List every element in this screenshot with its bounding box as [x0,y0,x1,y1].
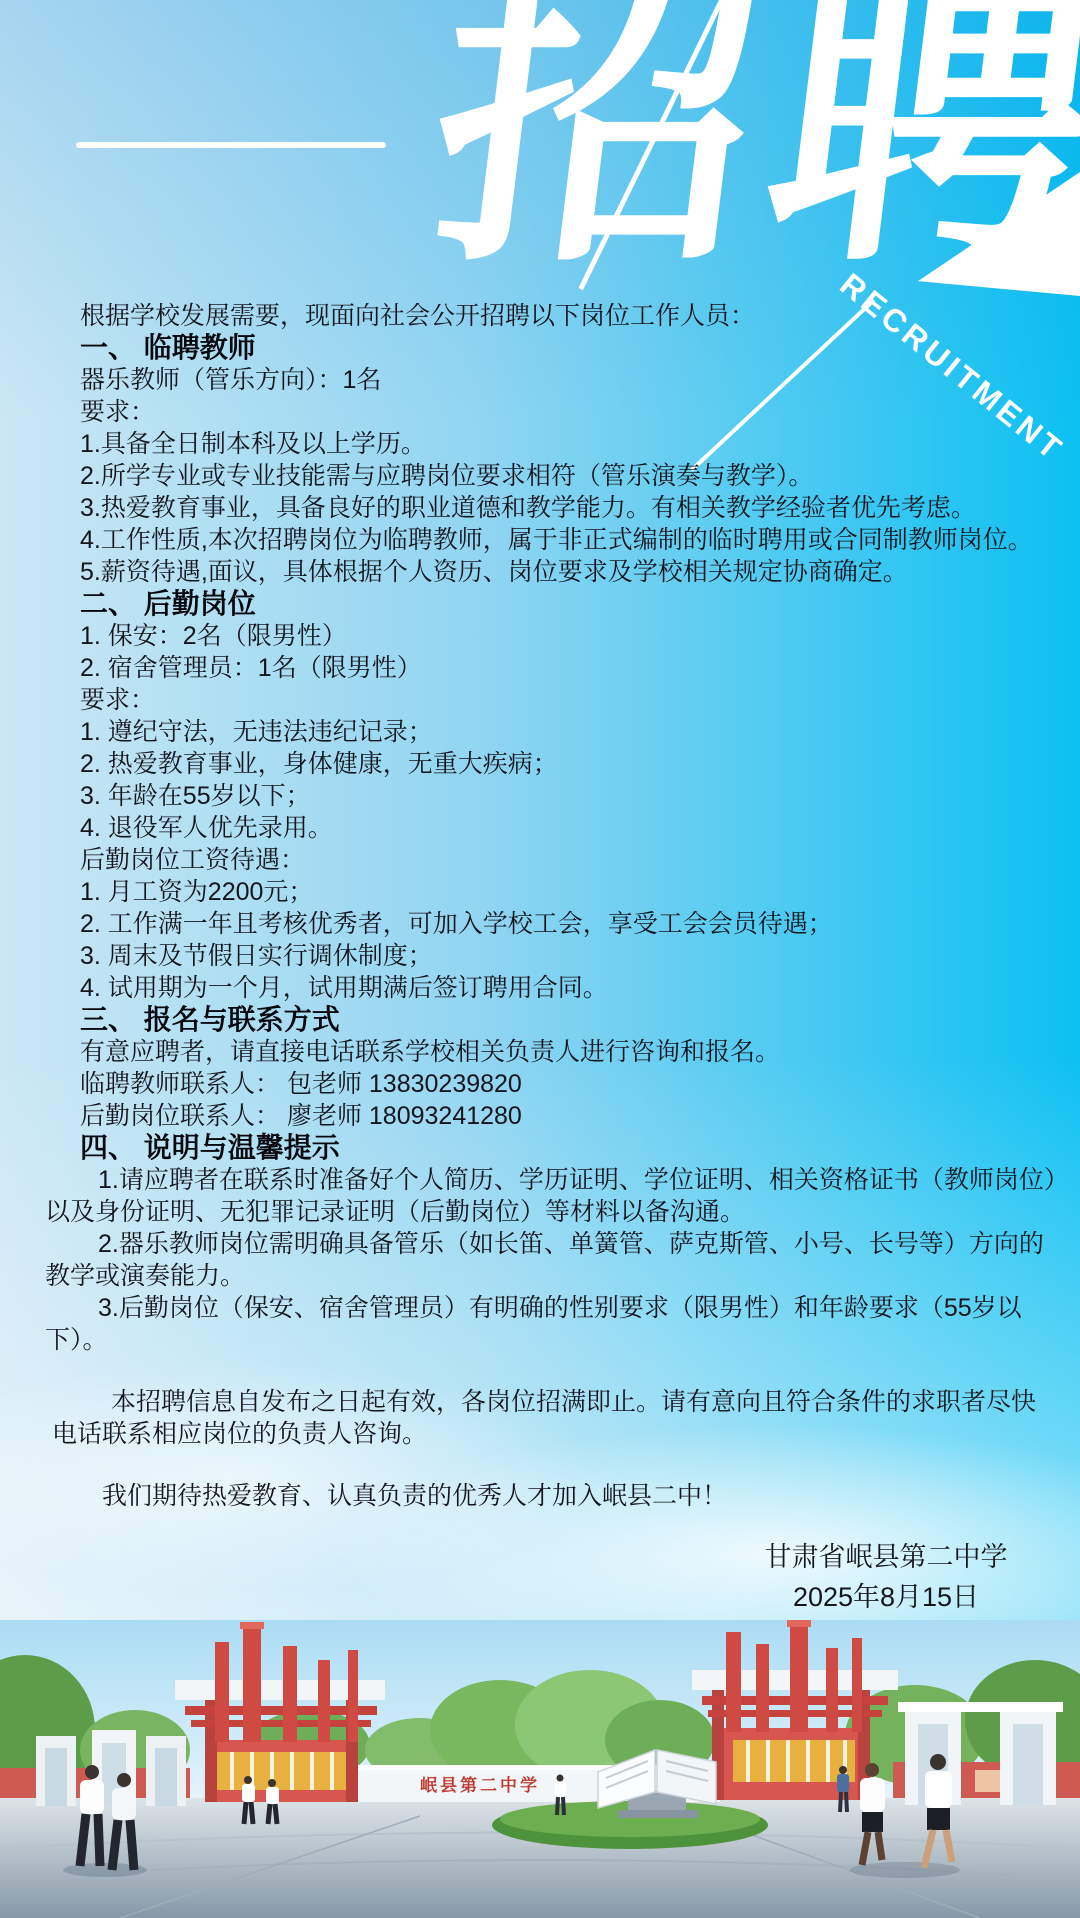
text-line-body-29: 3.后勤岗位（保安、宿舍管理员）有明确的性别要求（限男性）和年龄要求（55岁以下… [45,1292,1060,1356]
text-line-body-17: 后勤岗位工资待遇： [80,844,1060,876]
text-line-body-5: 2.所学专业或专业技能需与应聘岗位要求相符（管乐演奏与教学）。 [80,460,1060,492]
signature-school: 甘肃省岷县第二中学 [718,1537,1054,1577]
text-line-body-15: 3. 年龄在55岁以下； [80,780,1060,812]
text-line-body-4: 1.具备全日制本科及以上学历。 [80,428,1060,460]
signature-block: 甘肃省岷县第二中学 2025年8月15日 [718,1537,1054,1617]
signature-date: 2025年8月15日 [718,1577,1054,1617]
text-line-body-7: 4.工作性质,本次招聘岗位为临聘教师，属于非正式编制的临时聘用或合同制教师岗位。 [80,524,1060,556]
text-line-body-28: 2.器乐教师岗位需明确具备管乐（如长笛、单簧管、萨克斯管、小号、长号等）方向的教… [45,1228,1060,1292]
gate-sign-text: 岷县第二中学 [420,1775,540,1795]
text-line-body-2: 器乐教师（管乐方向）：1名 [80,364,1060,396]
text-line-body-18: 1. 月工资为2200元； [80,876,1060,908]
text-line-heading-9: 二、 后勤岗位 [80,588,1060,620]
text-line-heading-22: 三、 报名与联系方式 [80,1004,1060,1036]
title-horizontal-line [76,142,386,148]
recruitment-poster: 招聘 RECRUITMENT 根据学校发展需要，现面向社会公开招聘以下岗位工作人… [0,0,1080,1918]
text-line-body-25: 后勤岗位联系人： 廖老师 18093241280 [80,1100,1060,1132]
text-line-body-0: 根据学校发展需要，现面向社会公开招聘以下岗位工作人员： [80,300,1060,332]
text-line-body-31: 我们期待热爱教育、认真负责的优秀人才加入岷县二中！ [80,1480,1060,1512]
text-line-body-27: 1.请应聘者在联系时准备好个人简历、学历证明、学位证明、相关资格证书（教师岗位）… [45,1164,1060,1228]
text-line-body-13: 1. 遵纪守法，无违法违纪记录； [80,716,1060,748]
text-line-body-3: 要求： [80,396,1060,428]
text-line-body-30: 本招聘信息自发布之日起有效，各岗位招满即止。请有意向且符合条件的求职者尽快电话联… [52,1386,1060,1450]
text-line-body-16: 4. 退役军人优先录用。 [80,812,1060,844]
text-line-body-12: 要求： [80,684,1060,716]
poster-body-text: 根据学校发展需要，现面向社会公开招聘以下岗位工作人员：一、 临聘教师器乐教师（管… [80,300,1060,1512]
text-line-heading-26: 四、 说明与温馨提示 [80,1132,1060,1164]
school-entrance-photo: 岷县第二中学 [0,1620,1080,1918]
text-line-body-8: 5.薪资待遇,面议，具体根据个人资历、岗位要求及学校相关规定协商确定。 [80,556,1060,588]
text-line-body-10: 1. 保安：2名（限男性） [80,620,1060,652]
text-line-heading-1: 一、 临聘教师 [80,332,1060,364]
text-line-body-11: 2. 宿舍管理员：1名（限男性） [80,652,1060,684]
text-line-body-24: 临聘教师联系人： 包老师 13830239820 [80,1068,1060,1100]
text-line-body-21: 4. 试用期为一个月，试用期满后签订聘用合同。 [80,972,1060,1004]
text-line-body-19: 2. 工作满一年且考核优秀者，可加入学校工会，享受工会会员待遇； [80,908,1060,940]
text-line-body-20: 3. 周末及节假日实行调休制度； [80,940,1060,972]
text-line-body-23: 有意应聘者，请直接电话联系学校相关负责人进行咨询和报名。 [80,1036,1060,1068]
text-line-body-14: 2. 热爱教育事业，身体健康，无重大疾病； [80,748,1060,780]
text-line-body-6: 3.热爱教育事业，具备良好的职业道德和教学能力。有相关教学经验者优先考虑。 [80,492,1060,524]
